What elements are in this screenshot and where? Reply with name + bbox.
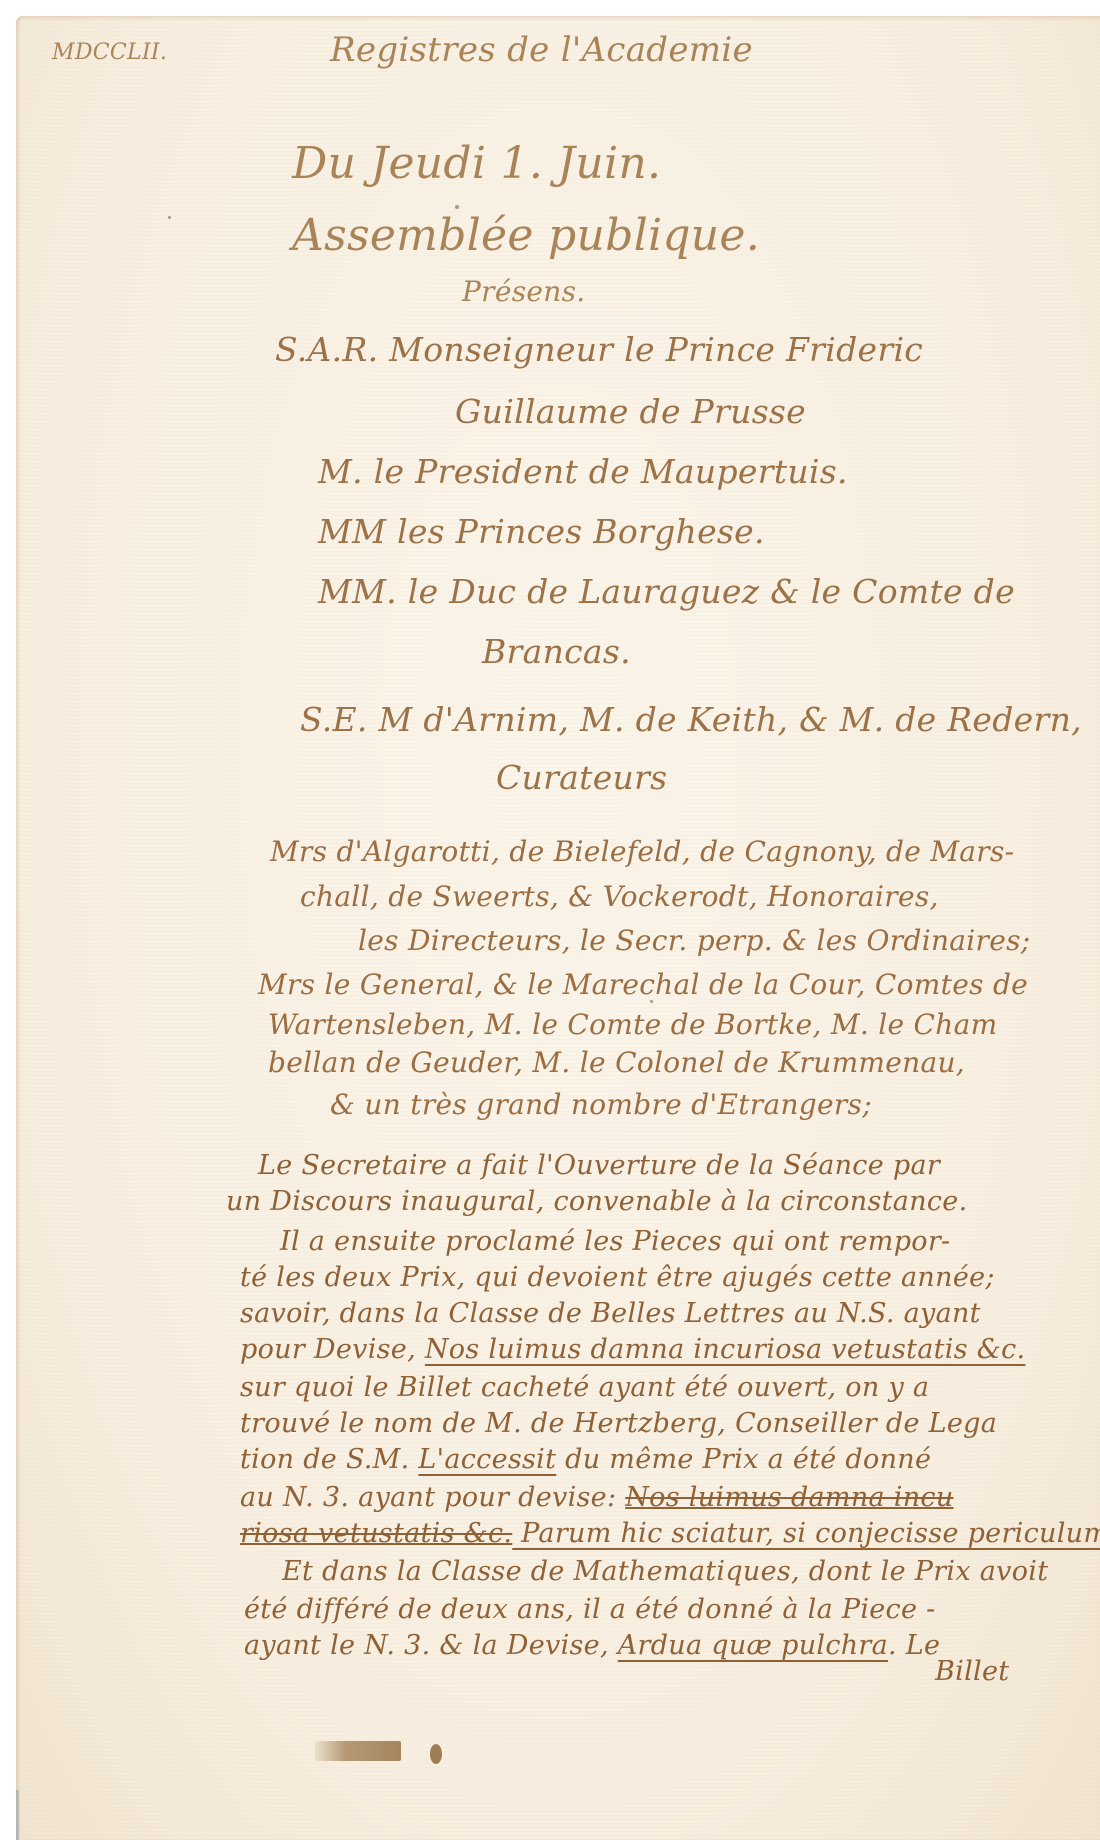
underlined-motto: Nos luimus damna incuriosa vetustatis &c…: [425, 1334, 1026, 1365]
body-text: tion de S.M.: [240, 1444, 418, 1475]
body-line: riosa vetustatis &c. Parum hic sciatur, …: [240, 1518, 1100, 1549]
attendee-line: S.E. M d'Arnim, M. de Keith, & M. de Red…: [300, 700, 1082, 739]
catchword: Billet: [935, 1656, 1009, 1687]
ink-stain: [315, 1741, 401, 1761]
attendee-line: chall, de Sweerts, & Vockerodt, Honorair…: [300, 880, 939, 913]
attendee-line: MM. le Duc de Lauraguez & le Comte de: [318, 572, 1015, 611]
attendee-line: M. le President de Maupertuis.: [318, 452, 848, 491]
body-line: Et dans la Classe de Mathematiques, dont…: [282, 1556, 1048, 1587]
body-text: pour Devise,: [240, 1334, 425, 1365]
body-line: té les deux Prix, qui devoient être ajug…: [240, 1262, 995, 1293]
body-line: tion de S.M. L'accessit du même Prix a é…: [240, 1444, 931, 1475]
meeting-type: Assemblée publique.: [292, 210, 760, 261]
paper-speck: [650, 1000, 653, 1003]
attendee-line: Mrs d'Algarotti, de Bielefeld, de Cagnon…: [270, 835, 1014, 868]
body-text: au N. 3. ayant pour devise:: [240, 1482, 625, 1513]
attendee-line: & un très grand nombre d'Etrangers;: [330, 1088, 872, 1121]
attendee-line: Mrs le General, & le Marechal de la Cour…: [258, 968, 1028, 1001]
attendee-line: MM les Princes Borghese.: [318, 512, 765, 551]
body-line: ayant le N. 3. & la Devise, Ardua quæ pu…: [244, 1630, 940, 1661]
struck-motto: riosa vetustatis &c.: [240, 1518, 512, 1549]
paper-speck: [455, 205, 459, 209]
body-line: trouvé le nom de M. de Hertzberg, Consei…: [240, 1408, 997, 1439]
struck-motto: Nos luimus damna incu: [625, 1482, 953, 1513]
attendee-line: Guillaume de Prusse: [455, 392, 806, 431]
meeting-date: Du Jeudi 1. Juin.: [292, 138, 661, 189]
attendee-line: S.A.R. Monseigneur le Prince Frideric: [275, 330, 923, 369]
presents-label: Présens.: [462, 275, 585, 308]
body-text: ayant le N. 3. & la Devise,: [244, 1630, 618, 1661]
body-line: pour Devise, Nos luimus damna incuriosa …: [240, 1334, 1025, 1365]
body-line: Il a ensuite proclamé les Pieces qui ont…: [280, 1226, 950, 1257]
body-text: du même Prix a été donné: [556, 1444, 931, 1475]
paper-speck: [168, 216, 171, 219]
body-line: Le Secretaire a fait l'Ouverture de la S…: [258, 1150, 940, 1181]
year-roman-numeral: MDCCLII.: [52, 40, 167, 65]
running-title: Registres de l'Academie: [330, 30, 753, 70]
ink-blot: [430, 1744, 442, 1764]
underlined-motto: Ardua quæ pulchra: [618, 1630, 888, 1661]
attendee-line: Brancas.: [482, 632, 631, 671]
body-line: sur quoi le Billet cacheté ayant été ouv…: [240, 1372, 929, 1403]
body-text: . Le: [888, 1630, 940, 1661]
attendee-line: les Directeurs, le Secr. perp. & les Ord…: [358, 924, 1031, 957]
attendee-line: Curateurs: [496, 758, 667, 797]
body-line: au N. 3. ayant pour devise: Nos luimus d…: [240, 1482, 954, 1513]
attendee-line: Wartensleben, M. le Comte de Bortke, M. …: [268, 1008, 997, 1041]
page-edge-shadow: [16, 1790, 19, 1840]
underlined-motto: Parum hic sciatur, si conjecisse pericul…: [512, 1518, 1100, 1549]
body-line: savoir, dans la Classe de Belles Lettres…: [240, 1298, 981, 1329]
body-line: un Discours inaugural, convenable à la c…: [226, 1186, 967, 1217]
attendee-line: bellan de Geuder, M. le Colonel de Krumm…: [268, 1046, 965, 1079]
underlined-accessit: L'accessit: [418, 1444, 556, 1475]
body-line: été différé de deux ans, il a été donné …: [244, 1594, 936, 1625]
